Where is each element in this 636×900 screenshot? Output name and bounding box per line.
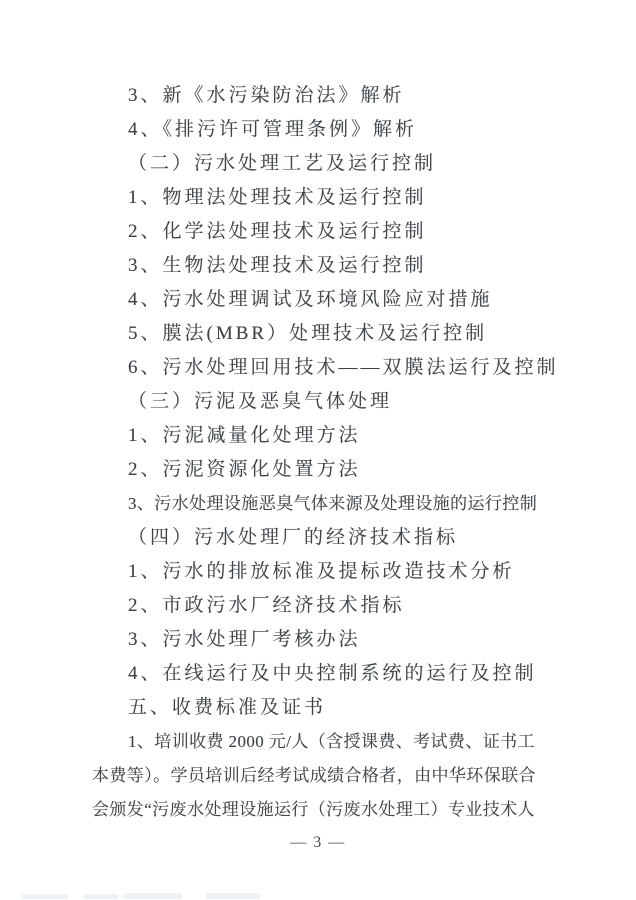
text-line: 4、污水处理调试及环境风险应对措施	[92, 280, 544, 314]
text-line: 3、污水处理厂考核办法	[92, 620, 544, 654]
text-line: 本费等）。学员培训后经考试成绩合格者，由中华环保联合	[92, 756, 544, 790]
text-line: 4、《排污许可管理条例》解析	[92, 110, 544, 144]
text-line: 会颁发“污废水处理设施运行（污废水处理工）专业技术人	[92, 790, 544, 824]
text-line: （三）污泥及恶臭气体处理	[92, 382, 544, 416]
text-line: 3、新《水污染防治法》解析	[92, 76, 544, 110]
text-line: 2、污泥资源化处置方法	[92, 450, 544, 484]
text-line: 6、污水处理回用技术——双膜法运行及控制	[92, 348, 544, 382]
page-number: — 3 —	[290, 834, 346, 851]
document-page: 3、新《水污染防治法》解析4、《排污许可管理条例》解析（二）污水处理工艺及运行控…	[0, 0, 636, 900]
scan-smudge	[124, 893, 182, 899]
text-line: 3、生物法处理技术及运行控制	[92, 246, 544, 280]
text-line: （四）污水处理厂的经济技术指标	[92, 518, 544, 552]
text-line: 5、膜法(MBR）处理技术及运行控制	[92, 314, 544, 348]
text-line: 1、物理法处理技术及运行控制	[92, 178, 544, 212]
document-body: 3、新《水污染防治法》解析4、《排污许可管理条例》解析（二）污水处理工艺及运行控…	[92, 76, 544, 824]
page-footer: — 3 —	[0, 834, 636, 858]
text-line: 1、污水的排放标准及提标改造技术分析	[92, 552, 544, 586]
scan-smudge	[22, 894, 68, 899]
text-line: 1、污泥减量化处理方法	[92, 416, 544, 450]
text-line: 2、市政污水厂经济技术指标	[92, 586, 544, 620]
scan-smudge	[206, 893, 260, 899]
text-line: 3、污水处理设施恶臭气体来源及处理设施的运行控制	[92, 484, 544, 518]
scan-smudge	[84, 894, 118, 899]
text-line: 1、培训收费 2000 元/人（含授课费、考试费、证书工	[92, 722, 544, 756]
text-line: 2、化学法处理技术及运行控制	[92, 212, 544, 246]
text-line: 4、在线运行及中央控制系统的运行及控制	[92, 654, 544, 688]
text-line: （二）污水处理工艺及运行控制	[92, 144, 544, 178]
text-line: 五、收费标准及证书	[92, 688, 544, 722]
